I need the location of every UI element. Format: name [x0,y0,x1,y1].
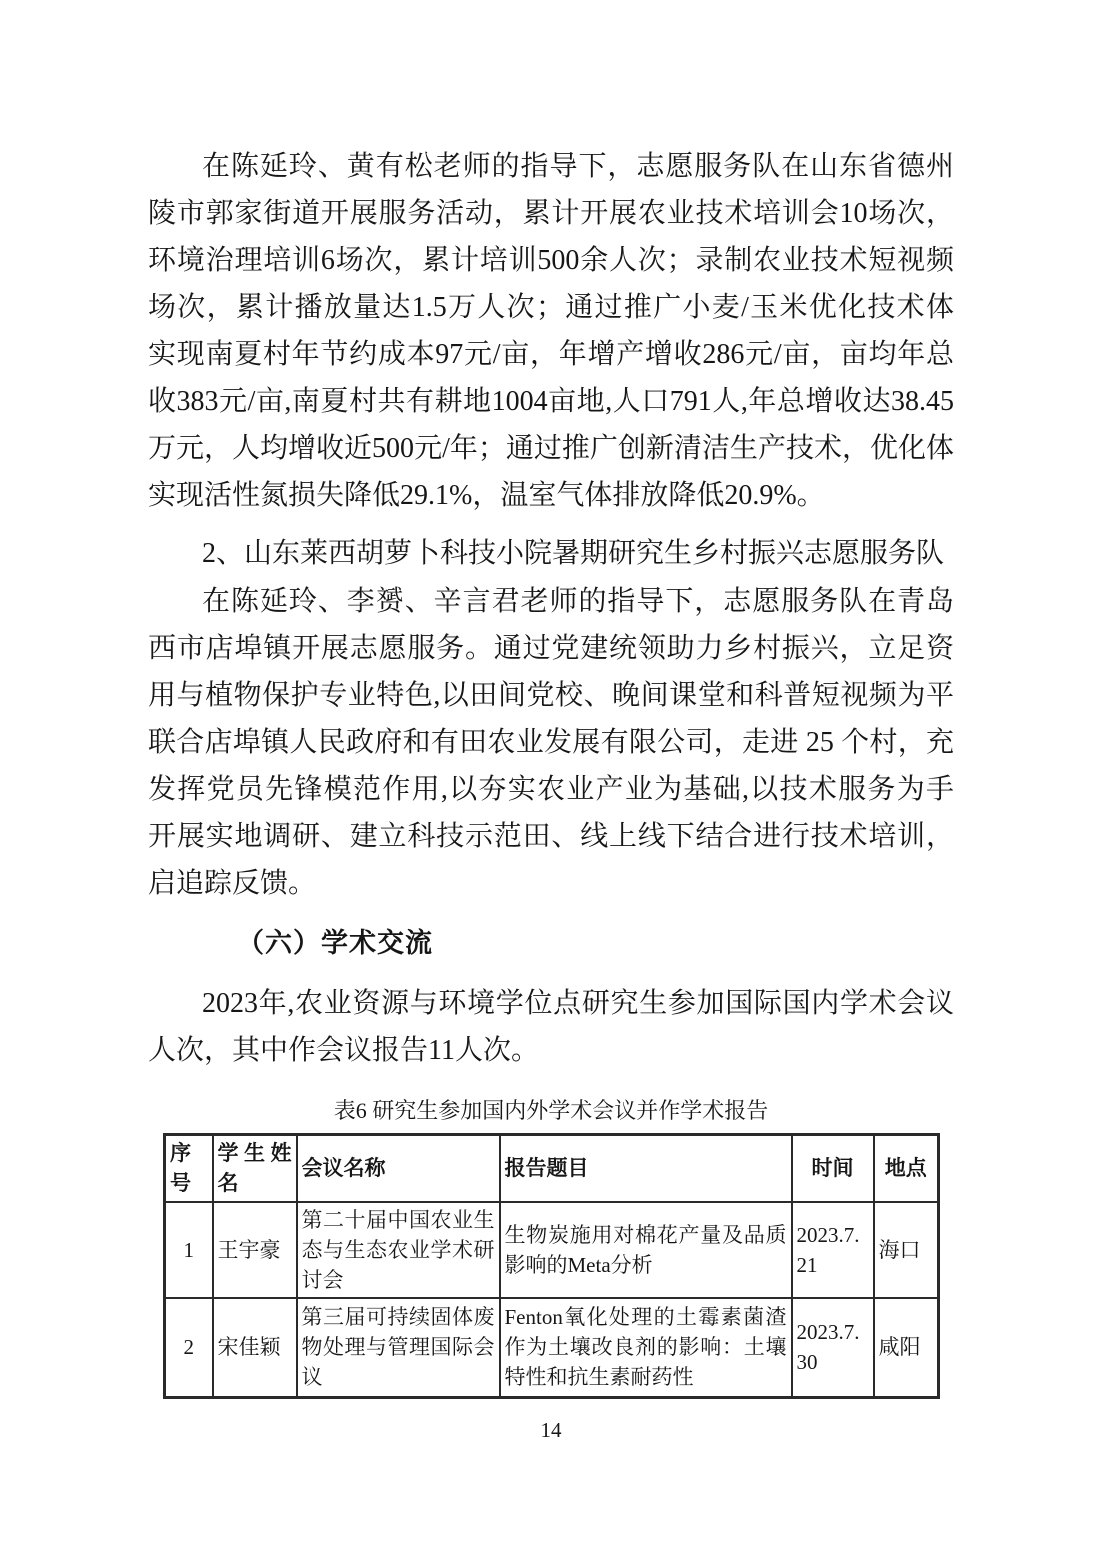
column-header-place: 地点 [874,1135,939,1202]
text-line: 2、山东莱西胡萝卜科技小院暑期研究生乡村振兴志愿服务队 [148,530,954,577]
column-header-time: 时间 [792,1135,874,1202]
paragraph-volunteer-team-1: 在陈延玲、黄有松老师的指导下，志愿服务队在山东省德州市乐陵市郭家街道开展服务活动… [148,143,954,519]
table-row: 2宋佳颖第三届可持续固体废物处理与管理国际会议Fenton氧化处理的土霉素菌渣作… [165,1298,939,1398]
cell-student: 宋佳颖 [213,1298,297,1398]
text-line: 用与植物保护专业特色,以田间党校、晚间课堂和科普短视频为平台， [148,672,954,719]
text-line: 收383元/亩,南夏村共有耕地1004亩地,人口791人,年总增收达38.45 [148,378,954,425]
cell-index: 1 [165,1202,213,1298]
text-line: 环境治理培训6场次，累计培训500余人次；录制农业技术短视频12 [148,237,954,284]
table6-caption: 表6 研究生参加国内外学术会议并作学术报告 [148,1097,954,1125]
cell-index: 2 [165,1298,213,1398]
cell-conference: 第二十届中国农业生态与生态农业学术研讨会 [297,1202,500,1298]
cell-place: 咸阳 [874,1298,939,1398]
text-line: 人次，其中作会议报告11人次。 [148,1027,954,1074]
column-header-title: 报告题目 [500,1135,792,1202]
table-row: 1王宇豪第二十届中国农业生态与生态农业学术研讨会生物炭施用对棉花产量及品质影响的… [165,1202,939,1298]
text-line: 2023年,农业资源与环境学位点研究生参加国际国内学术会议23 [148,980,954,1027]
text-line: 启追踪反馈。 [148,860,954,907]
paragraph-item-2-title: 2、山东莱西胡萝卜科技小院暑期研究生乡村振兴志愿服务队 [148,530,954,577]
text-line: 开展实地调研、建立科技示范田、线上线下结合进行技术培训，并开 [148,813,954,860]
conference-table: 序号学生姓名会议名称报告题目时间地点 1王宇豪第二十届中国农业生态与生态农业学术… [163,1133,940,1399]
table-header-row: 序号学生姓名会议名称报告题目时间地点 [165,1135,939,1202]
text-line: 陵市郭家街道开展服务活动，累计开展农业技术培训会10场次，乡村 [148,190,954,237]
section-heading-academic-exchange: （六）学术交流 [148,925,1043,961]
cell-conference: 第三届可持续固体废物处理与管理国际会议 [297,1298,500,1398]
cell-title: Fenton氧化处理的土霉素菌渣作为土壤改良剂的影响：土壤特性和抗生素耐药性 [500,1298,792,1398]
paragraph-volunteer-team-2: 在陈延玲、李赟、辛言君老师的指导下，志愿服务队在青岛市莱西市店埠镇开展志愿服务。… [148,578,954,907]
text-line: 实现活性氮损失降低29.1%，温室气体排放降低20.9%。 [148,472,954,519]
text-line: 联合店埠镇人民政府和有田农业发展有限公司，走进 25 个村，充分 [148,719,954,766]
cell-place: 海口 [874,1202,939,1298]
paragraph-academic-exchange-summary: 2023年,农业资源与环境学位点研究生参加国际国内学术会议23人次，其中作会议报… [148,980,954,1074]
table-body: 1王宇豪第二十届中国农业生态与生态农业学术研讨会生物炭施用对棉花产量及品质影响的… [165,1202,939,1398]
page-number: 14 [0,1416,1102,1444]
document-page: 在陈延玲、黄有松老师的指导下，志愿服务队在山东省德州市乐陵市郭家街道开展服务活动… [0,0,1102,1559]
cell-student: 王宇豪 [213,1202,297,1298]
cell-time: 2023.7.30 [792,1298,874,1398]
text-line: 在陈延玲、李赟、辛言君老师的指导下，志愿服务队在青岛市莱 [148,578,954,625]
conference-table-wrap: 序号学生姓名会议名称报告题目时间地点 1王宇豪第二十届中国农业生态与生态农业学术… [163,1133,940,1399]
text-line: 实现南夏村年节约成本97元/亩，年增产增收286元/亩，亩均年总增 [148,331,954,378]
text-line: 发挥党员先锋模范作用,以夯实农业产业为基础,以技术服务为手段， [148,766,954,813]
cell-title: 生物炭施用对棉花产量及品质影响的Meta分析 [500,1202,792,1298]
cell-time: 2023.7.21 [792,1202,874,1298]
text-line: 万元，人均增收近500元/年；通过推广创新清洁生产技术，优化体系 [148,425,954,472]
text-line: 西市店埠镇开展志愿服务。通过党建统领助力乡村振兴，立足资源利 [148,625,954,672]
column-header-student: 学生姓名 [213,1135,297,1202]
column-header-conference: 会议名称 [297,1135,500,1202]
text-line: 在陈延玲、黄有松老师的指导下，志愿服务队在山东省德州市乐 [148,143,954,190]
text-line: 场次，累计播放量达1.5万人次；通过推广小麦/玉米优化技术体系， [148,284,954,331]
column-header-index: 序号 [165,1135,213,1202]
